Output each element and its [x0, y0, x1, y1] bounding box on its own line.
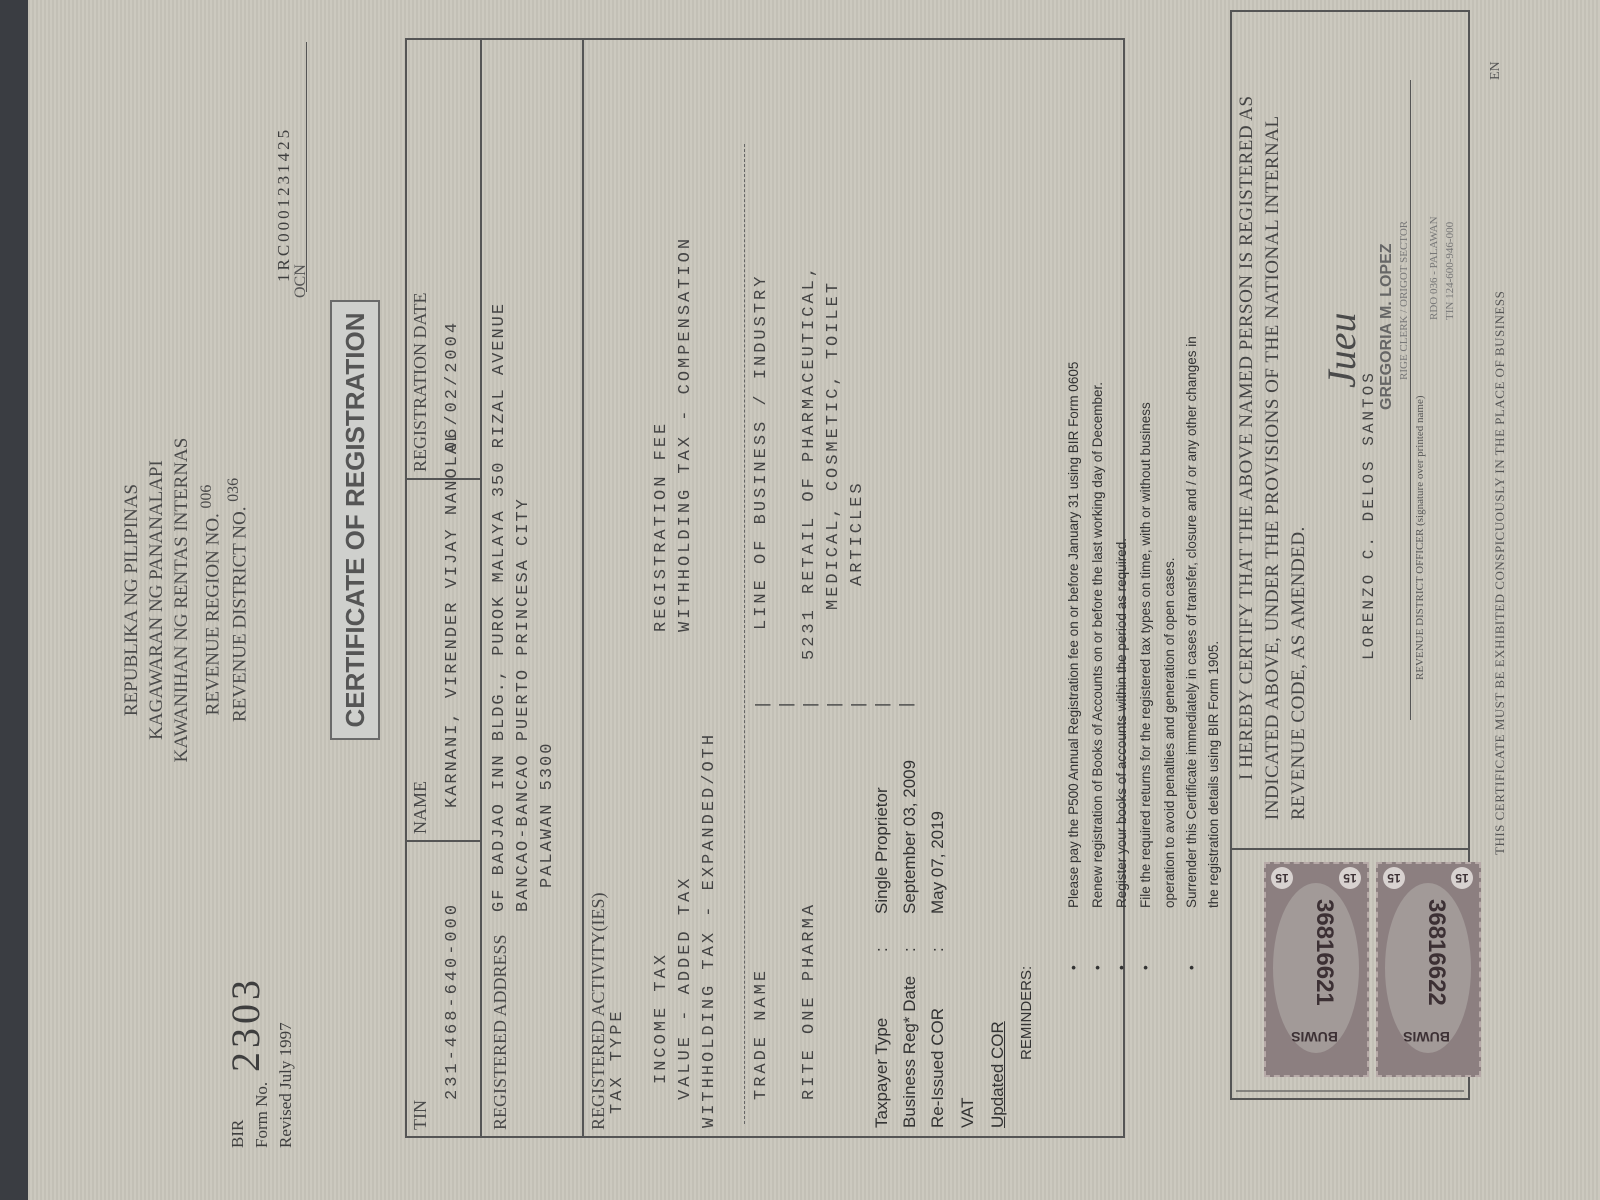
- tin-label: TIN: [410, 1100, 431, 1130]
- reminder-bullet-1: •: [1066, 965, 1081, 970]
- name-label: NAME: [410, 781, 431, 834]
- revenue-district-number: 036: [225, 478, 242, 502]
- ocn-value: 1RC0001231425: [274, 127, 294, 282]
- ocn-label: OCN: [292, 264, 310, 298]
- footer-corner-code: EN: [1488, 61, 1504, 80]
- address-line-3: PALAWAN 5300: [538, 742, 557, 888]
- reminder-2: Renew registration of Books of Accounts …: [1090, 382, 1105, 908]
- reminder-bullet-4: •: [1138, 965, 1153, 970]
- trade-name-label: TRADE NAME: [752, 968, 771, 1100]
- detail-label-business-reg-date: Business Reg* Date: [900, 976, 920, 1128]
- reg-date-label: REGISTRATION DATE: [410, 293, 431, 473]
- line-of-business-1: 5231 RETAIL OF PHARMACEUTICAL,: [800, 264, 819, 660]
- form-number-label: Form No.: [252, 1082, 272, 1148]
- tax-type-label: TAX TYPE: [608, 1008, 627, 1114]
- address-line-2: BANCAO-BANCAO PUERTO PRINCESA CITY: [514, 497, 533, 912]
- documentary-stamp-1: BUWIS 36816621 15 15: [1264, 862, 1369, 1077]
- form-number: 2303: [222, 976, 269, 1072]
- reminder-bullet-3: •: [1114, 965, 1129, 970]
- tax-type-income: INCOME TAX: [652, 952, 671, 1084]
- detail-label-updated-cor: Updated COR: [988, 1021, 1008, 1128]
- officer-title: REVENUE DISTRICT OFFICER (signature over…: [1414, 395, 1426, 680]
- certification-line-2: INDICATED ABOVE, UNDER THE PROVISIONS OF…: [1262, 115, 1284, 820]
- signatory-stamp-line-2: RIGE CLERK / ORIGOT SECTOR: [1398, 221, 1410, 380]
- certification-line-1: I HEREBY CERTIFY THAT THE ABOVE NAMED PE…: [1236, 95, 1258, 780]
- stamp-1-number: 36816621: [1297, 877, 1337, 1027]
- activities-label: REGISTERED ACTIVITY(IES): [588, 893, 609, 1130]
- line-of-business-3: ARTICLES: [848, 480, 867, 586]
- detail-label-taxpayer-type: Taxpayer Type: [872, 1018, 892, 1128]
- tax-type-vat: VALUE - ADDED TAX: [676, 876, 695, 1100]
- form-revised: Revised July 1997: [276, 1022, 296, 1148]
- documentary-stamp-2: BUWIS 36816622 15 15: [1376, 862, 1481, 1077]
- reminder-5-line-1: Surrender this Certificate immediately i…: [1184, 336, 1199, 908]
- line-of-business-label: LINE OF BUSINESS / INDUSTRY: [752, 274, 771, 630]
- tin-value: 231-468-640-000: [443, 902, 462, 1100]
- header-line-3: KAWANIHAN NG RENTAS INTERNAS: [170, 0, 194, 1200]
- header-line-2: KAGAWARAN NG PANANALAPI: [145, 0, 169, 1200]
- certificate-page: REPUBLIKA NG PILIPINAS KAGAWARAN NG PANA…: [0, 0, 1600, 1200]
- reminder-bullet-5: •: [1184, 965, 1199, 970]
- table-col-divider-1: [405, 841, 481, 843]
- signatory-stamp-line-3: RDO 036 - PALAWAN: [1428, 216, 1440, 320]
- revenue-district-label: REVENUE DISTRICT NO.: [229, 507, 250, 723]
- certification-inner-border: [1236, 1091, 1464, 1093]
- detail-colon-3: :: [928, 947, 948, 952]
- officer-name: LORENZO C. DELOS SANTOS: [1360, 370, 1378, 660]
- detail-colon-2: :: [900, 947, 920, 952]
- reminder-5-line-2: the registration details using BIR Form …: [1206, 641, 1221, 908]
- table-divider-2: [582, 38, 584, 1138]
- certification-col-divider: [1230, 849, 1470, 851]
- address-label: REGISTERED ADDRESS: [490, 934, 511, 1130]
- reminder-1: Please pay the P500 Annual Registration …: [1066, 362, 1081, 908]
- activities-divider: [744, 144, 746, 1124]
- stamp-2-number: 36816622: [1409, 877, 1449, 1027]
- page-top-edge: [0, 0, 28, 1200]
- reg-date-value: 06/02/2004: [443, 320, 462, 452]
- certificate-title: CERTIFICATE OF REGISTRATION: [330, 300, 380, 740]
- reminders-heading: REMINDERS:: [1018, 966, 1035, 1060]
- tax-type-reg-fee: REGISTRATION FEE: [652, 421, 671, 632]
- detail-value-taxpayer-type: Single Proprietor: [872, 787, 892, 914]
- footer-notice: THIS CERTIFICATE MUST BE EXHIBITED CONSP…: [1492, 291, 1508, 855]
- reminder-bullet-2: •: [1090, 965, 1105, 970]
- officer-signature: Jueu: [1318, 312, 1365, 388]
- address-line-1: GF BADJAO INN BLDG., PUROK MALAYA 350 RI…: [490, 302, 509, 912]
- detail-colon-1: :: [872, 947, 892, 952]
- reminder-4-line-1: File the required returns for the regist…: [1138, 402, 1153, 908]
- trade-name-value: RITE ONE PHARMA: [800, 902, 819, 1100]
- form-agency: BIR: [228, 1120, 248, 1148]
- ocn-underline: [306, 42, 307, 292]
- signature-line: [1410, 80, 1411, 720]
- signatory-stamp-name: GREGORIA M. LOPEZ: [1378, 243, 1396, 410]
- detail-value-business-reg-date: September 03, 2009: [900, 760, 920, 914]
- reminder-4-line-2: operation to avoid penalties and generat…: [1162, 557, 1177, 908]
- revenue-region-number: 006: [198, 485, 215, 509]
- line-of-business-2: MEDICAL, COSMETIC, TOILET: [824, 280, 843, 610]
- detail-value-reissued-cor: May 07, 2019: [928, 811, 948, 914]
- detail-label-vat: VAT: [958, 1097, 978, 1128]
- tax-type-wt-expanded: WITHHOLDING TAX - EXPANDED/OTH: [700, 732, 719, 1128]
- reminder-3: Register your books of accounts within t…: [1114, 538, 1129, 908]
- column-separator-marks: | | | | | | |: [752, 697, 920, 710]
- revenue-region-label: REVENUE REGION NO.: [202, 513, 223, 715]
- signatory-stamp-line-4: TIN 124-600-946-000: [1444, 222, 1456, 320]
- detail-label-reissued-cor: Re-Issued COR: [928, 1008, 948, 1128]
- name-value: KARNANI, VIRENDER VIJAY NANOLAL: [443, 430, 462, 808]
- header-line-1: REPUBLIKA NG PILIPINAS: [120, 0, 144, 1200]
- table-divider-1: [480, 38, 482, 1138]
- tax-type-wt-comp: WITHHOLDING TAX - COMPENSATION: [676, 236, 695, 632]
- header-line-4: REVENUE REGION NO. 006: [195, 0, 225, 1200]
- certification-line-3: REVENUE CODE, AS AMENDED.: [1288, 526, 1310, 820]
